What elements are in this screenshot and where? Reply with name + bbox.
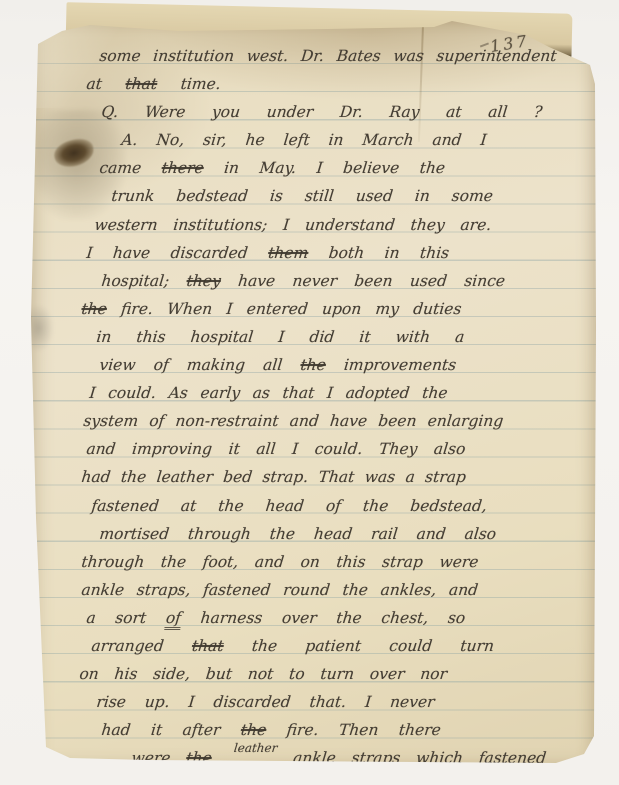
- handwritten-words: some institution west. Dr. Bates was sup…: [99, 47, 558, 65]
- manuscript-text: some institution west. Dr. Bates was sup…: [28, 42, 598, 772]
- manuscript-line: Q. Were you under Dr. Ray at all ?: [28, 98, 601, 126]
- handwritten-words: Q.: [101, 103, 120, 121]
- manuscript-page: 137 some institution west. Dr. Bates was…: [28, 18, 598, 774]
- manuscript-line: I could. As early as that I adopted the: [28, 379, 601, 407]
- manuscript-line: ankle straps, fastened round the ankles,…: [28, 576, 601, 604]
- handwritten-words: Were you under Dr. Ray at all ?: [144, 103, 543, 121]
- struck-word: they: [186, 272, 222, 290]
- manuscript-line: had it after the fire. Then there: [28, 716, 601, 744]
- struck-word: the: [81, 300, 108, 318]
- manuscript-line: hospital; they have never been used sinc…: [28, 267, 601, 295]
- manuscript-line: mortised through the head rail and also: [28, 520, 601, 548]
- handwritten-words: fastened at the head of the bedstead,: [91, 497, 488, 515]
- manuscript-line: on his side, but not to turn over nor: [28, 660, 601, 688]
- handwritten-words: came: [99, 159, 143, 177]
- manuscript-line: fastened at the head of the bedstead,: [28, 492, 601, 520]
- manuscript-line: I have discarded them both in this: [28, 239, 601, 267]
- manuscript-line: through the foot, and on this strap were: [28, 548, 601, 576]
- handwritten-words: have never been used since: [237, 272, 506, 290]
- handwritten-words: in May. I believe the: [223, 159, 446, 177]
- handwritten-words: a sort: [86, 609, 148, 627]
- manuscript-line: western institutions; I understand they …: [28, 211, 601, 239]
- manuscript-line: system of non-restraint and have been en…: [28, 407, 601, 435]
- struck-word: the: [300, 356, 327, 374]
- handwritten-words: through the foot, and on this strap were: [81, 553, 480, 571]
- handwritten-words: mortised through the head rail and also: [99, 525, 498, 543]
- manuscript-line: at that time.: [28, 70, 601, 98]
- manuscript-line: had the leather bed strap. That was a st…: [28, 463, 601, 491]
- manuscript-line: arranged that the patient could turn: [28, 632, 601, 660]
- handwritten-words: and improving it all I could. They also: [86, 440, 467, 458]
- handwritten-words: on his side, but not to turn over nor: [79, 665, 448, 683]
- struck-word: the: [185, 749, 212, 767]
- handwritten-words: the patient could turn: [251, 637, 495, 655]
- handwritten-words: in this hospital I did it with a: [96, 328, 466, 346]
- handwritten-words: system of non-restraint and have been en…: [83, 412, 505, 430]
- manuscript-line: trunk bedstead is still used in some: [28, 182, 601, 210]
- handwritten-words: fire. When I entered upon my duties: [120, 300, 462, 318]
- handwritten-words: rise up. I discarded that. I never: [96, 693, 436, 711]
- manuscript-line: in this hospital I did it with a: [28, 323, 601, 351]
- struck-word: that: [191, 637, 225, 655]
- handwritten-words: western institutions; I understand they …: [94, 216, 493, 234]
- manuscript-line: came there in May. I believe the: [28, 154, 601, 182]
- manuscript-line: were the ‸leather ankle straps which fas…: [28, 744, 601, 772]
- handwritten-words: I have discarded: [86, 244, 249, 262]
- handwritten-words: time.: [180, 75, 222, 93]
- handwritten-words: ankle straps, fastened round the ankles,…: [81, 581, 480, 599]
- handwritten-words: had the leather bed strap. That was a st…: [81, 468, 467, 486]
- scan-background: 137 some institution west. Dr. Bates was…: [0, 0, 619, 785]
- struck-word: them: [267, 244, 309, 262]
- handwritten-words: harness over the chest, so: [200, 609, 466, 627]
- manuscript-line: rise up. I discarded that. I never: [28, 688, 601, 716]
- struck-word: the: [240, 721, 267, 739]
- handwritten-words: arranged: [91, 637, 165, 655]
- handwritten-words: at: [86, 75, 103, 93]
- handwritten-words: A. No, sir, he left in March and I: [121, 131, 488, 149]
- handwritten-words: view of making all: [99, 356, 284, 374]
- handwritten-words: improvements: [343, 356, 457, 374]
- handwritten-words: hospital;: [101, 272, 171, 290]
- underlined-word: of: [165, 609, 182, 630]
- manuscript-line: view of making all the improvements: [28, 351, 601, 379]
- handwritten-words: I could. As early as that I adopted the: [89, 384, 449, 402]
- manuscript-line: the fire. When I entered upon my duties: [28, 295, 601, 323]
- inserted-word: leather: [233, 742, 278, 754]
- struck-word: that: [125, 75, 159, 93]
- handwritten-words: both in this: [328, 244, 450, 262]
- handwritten-words: trunk bedstead is still used in some: [111, 187, 494, 205]
- manuscript-line: a sort of harness over the chest, so: [28, 604, 601, 632]
- handwritten-words: had it after: [101, 721, 222, 739]
- handwritten-words: ankle straps which fastened: [292, 749, 547, 767]
- manuscript-line: A. No, sir, he left in March and I: [28, 126, 601, 154]
- manuscript-line: some institution west. Dr. Bates was sup…: [28, 42, 601, 70]
- handwritten-words: were: [131, 749, 172, 767]
- handwritten-words: fire. Then there: [286, 721, 442, 739]
- manuscript-line: and improving it all I could. They also: [28, 435, 601, 463]
- struck-word: there: [161, 159, 205, 177]
